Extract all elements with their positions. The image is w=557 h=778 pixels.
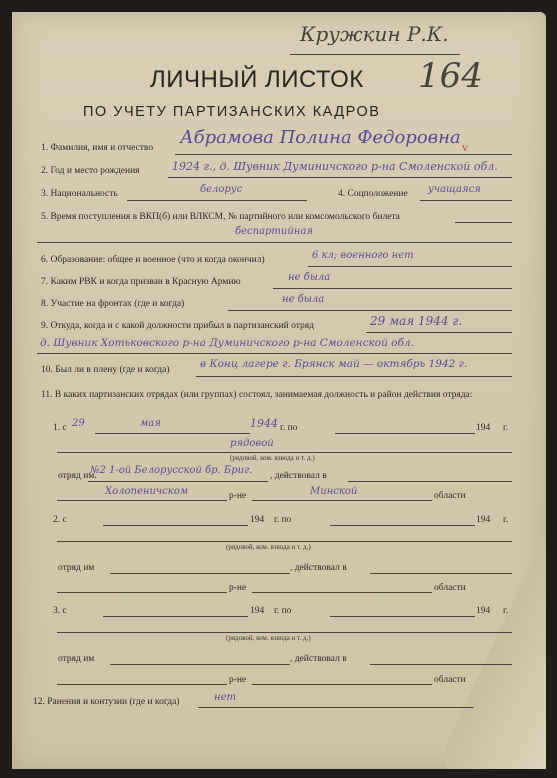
page-subtitle: ПО УЧЕТУ ПАРТИЗАНСКИХ КАДРОВ (83, 104, 380, 120)
field-9-line-b (37, 353, 512, 354)
check-mark-icon: v (462, 140, 468, 155)
det-1-position-line (57, 452, 512, 453)
field-7-line (273, 288, 512, 289)
det-2-date-line (103, 525, 248, 526)
det-2-otryad-label: отряд им (58, 563, 94, 573)
field-9-value-line2: д. Шувник Хотьковского р-на Думиничского… (40, 337, 414, 349)
det-2-position-line (57, 541, 512, 542)
det-3-acted-line (370, 664, 512, 665)
det-3-until: г. по (274, 606, 291, 616)
det-2-rayon-label: р-не (229, 583, 246, 593)
field-1-label: 1. Фамилия, имя и отчество (41, 143, 153, 153)
det-3-date-line (103, 616, 248, 617)
det-1-otryad: №2 1-ой Белорусской бр. Бриг. (90, 465, 252, 476)
field-8-value: не была (282, 294, 324, 305)
field-10-label: 10. Был ли в плену (где и когда) (41, 365, 170, 375)
field-2-line (168, 177, 512, 178)
det-1-day: 29 (72, 418, 85, 429)
det-3-position-hint: (рядовой, ком. взвода и т. д.) (226, 634, 311, 642)
field-5-value: беспартийная (235, 226, 313, 237)
det-2-num: 2. с (53, 515, 67, 525)
page-title: ЛИЧНЫЙ ЛИСТОК (150, 66, 364, 94)
field-3-label: 3. Национальность (41, 189, 118, 199)
field-6-label: 6. Образование: общее и военное (что и к… (41, 255, 265, 265)
field-4-label: 4. Соцположение (338, 189, 408, 199)
field-2-value: 1924 г., д. Шувник Думиничского р-на Смо… (172, 160, 498, 173)
det-3-oblast-label: области (434, 675, 466, 685)
det-2-year-to: 194 (476, 515, 490, 525)
det-3-num: 3. с (53, 606, 67, 616)
field-4-line (420, 200, 512, 201)
det-1-rayon-line (57, 500, 227, 501)
det-1-position-hint: (рядовой, ком. взвода и т. д.) (230, 454, 315, 462)
field-12-label: 12. Ранения и контузии (где и когда) (33, 697, 179, 707)
field-7-value: не была (288, 272, 330, 283)
det-3-rayon-label: р-не (229, 675, 246, 685)
det-2-oblast-label: области (434, 583, 466, 593)
field-5-line-a (455, 222, 512, 223)
field-6-value: 6 кл; военного нет (312, 250, 414, 261)
field-2-label: 2. Год и место рождения (41, 166, 140, 176)
det-1-acted-line (348, 481, 512, 482)
det-2-until: г. по (274, 515, 291, 525)
det-3-oblast-line (252, 684, 432, 685)
det-1-year-to: 194 (476, 423, 490, 433)
det-1-month: мая (140, 418, 161, 429)
field-1-line (175, 154, 512, 155)
field-11-label: 11. В каких партизанских отрядах (или гр… (41, 388, 511, 402)
det-1-acted-label: , действовал в (270, 471, 327, 481)
det-3-rayon-line (57, 684, 227, 685)
field-9-label: 9. Откуда, когда и с какой должности при… (41, 321, 314, 331)
det-1-until: г. по (280, 423, 297, 433)
det-1-to-line (335, 433, 475, 434)
field-7-label: 7. Каким РВК и когда призван в Красную А… (41, 277, 241, 287)
det-1-date-line (95, 433, 250, 434)
det-3-position-line (57, 632, 512, 633)
det-1-year-from: 1944 (250, 417, 278, 430)
annotation-name: Кружкин Р.К. (300, 22, 449, 46)
det-3-otryad-line (110, 664, 290, 665)
det-2-position-hint: (рядовой, ком. взвода и т. д.) (226, 543, 311, 551)
field-10-value: в Конц лагере г. Брянск май — октябрь 19… (200, 358, 467, 370)
field-12-line (198, 707, 474, 708)
det-1-oblast: Минской (310, 486, 357, 497)
det-2-acted-label: , действовал в (290, 563, 347, 573)
det-3-year-to-suffix: г. (503, 606, 508, 616)
annotation-underline (290, 54, 460, 55)
det-1-oblast-label: области (434, 491, 466, 501)
field-8-line (228, 310, 512, 311)
field-10-line (196, 376, 512, 377)
det-3-acted-label: , действовал в (290, 654, 347, 664)
det-1-position: рядовой (230, 438, 274, 449)
det-3-year-prefix: 194 (250, 606, 264, 616)
det-1-rayon: Холопеничском (105, 486, 188, 497)
field-9-value: 29 мая 1944 г. (370, 314, 462, 328)
det-2-otryad-line (110, 573, 290, 574)
field-12-value: нет (214, 692, 236, 703)
det-1-oblast-line (252, 500, 432, 501)
det-2-oblast-line (252, 592, 432, 593)
det-2-year-prefix: 194 (250, 515, 264, 525)
field-9-line-a (366, 332, 512, 333)
field-6-line (308, 266, 512, 267)
field-4-value: учащаяся (428, 184, 481, 195)
field-8-label: 8. Участие на фронтах (где и когда) (41, 299, 184, 309)
det-3-year-to: 194 (476, 606, 490, 616)
det-1-num: 1. с (53, 423, 67, 433)
field-1-value: Абрамова Полина Федоровна (180, 127, 461, 148)
det-1-rayon-label: р-не (229, 491, 246, 501)
det-1-otryad-line (88, 481, 268, 482)
sheet-number: 164 (418, 56, 483, 96)
det-2-to-line (330, 525, 475, 526)
det-2-year-to-suffix: г. (503, 515, 508, 525)
det-3-otryad-label: отряд им (58, 654, 94, 664)
field-5-line-b (37, 242, 512, 243)
det-1-year-to-suffix: г. (503, 423, 508, 433)
det-3-to-line (330, 616, 475, 617)
det-2-acted-line (370, 573, 512, 574)
det-2-rayon-line (57, 592, 227, 593)
field-5-label: 5. Время поступления в ВКП(б) или ВЛКСМ,… (41, 212, 400, 222)
field-3-value: белорус (200, 184, 242, 195)
field-3-line (127, 200, 307, 201)
